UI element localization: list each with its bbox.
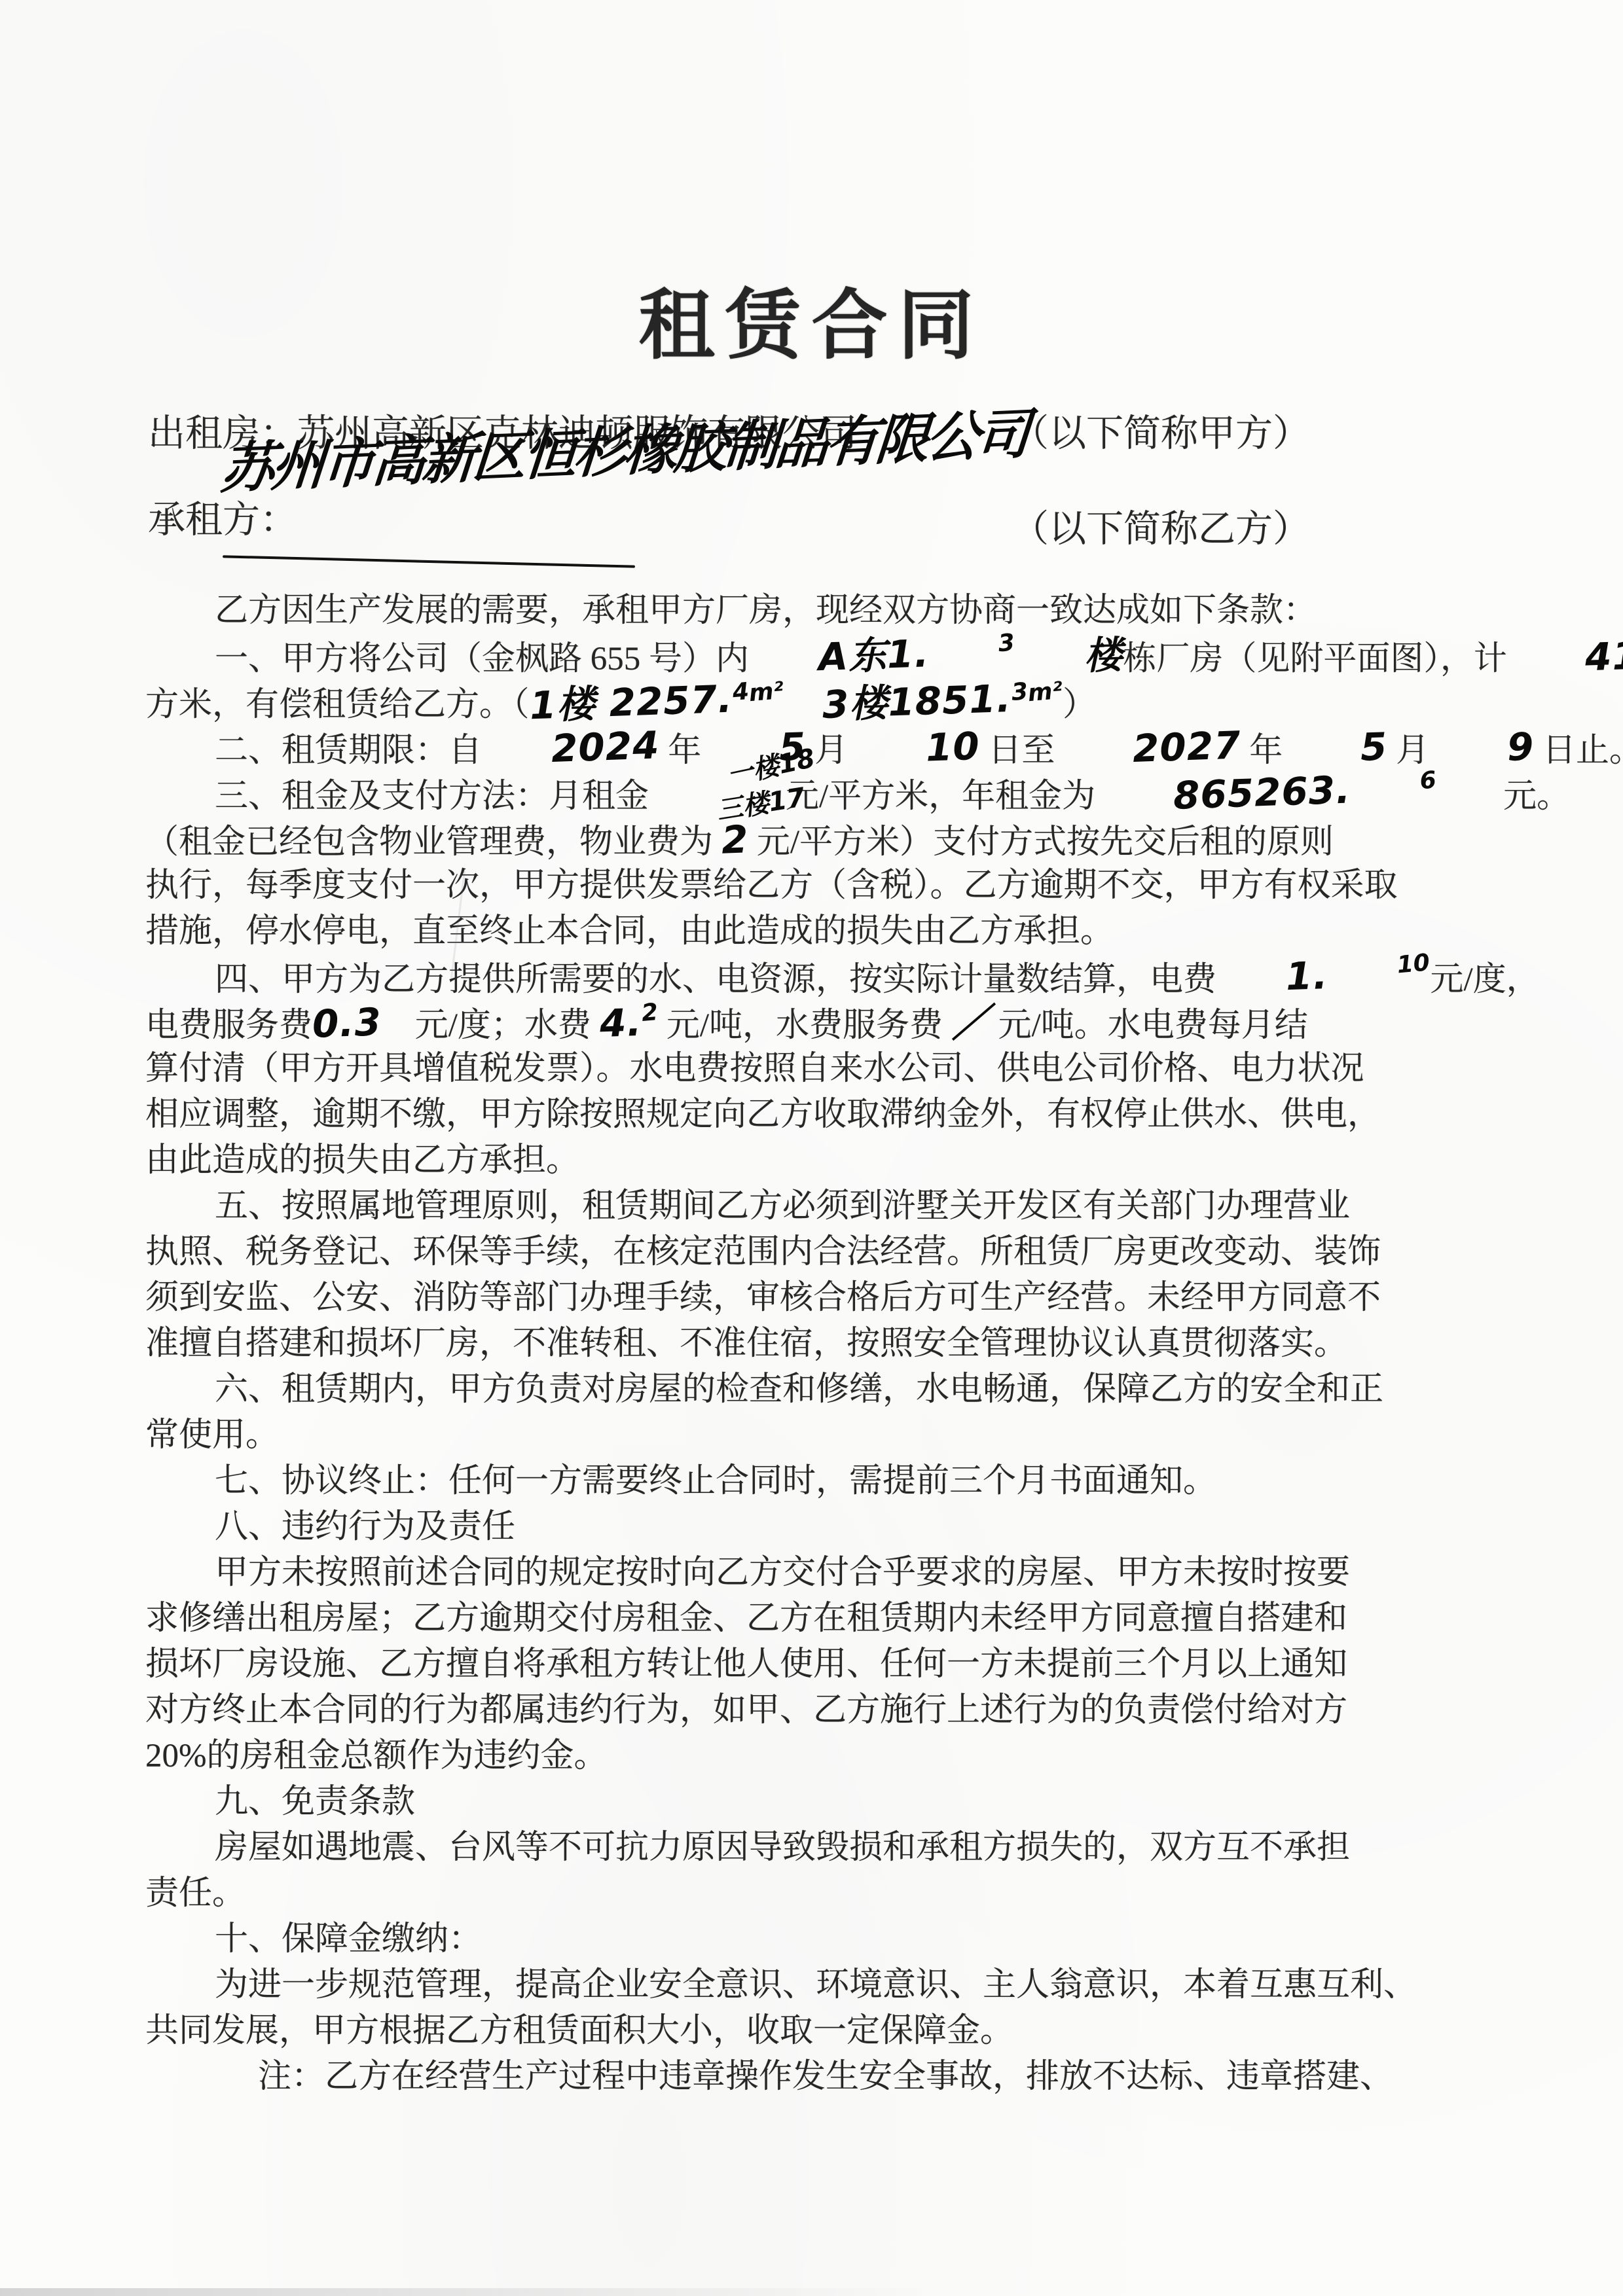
printed-text: 十、保障金缴纳：	[215, 1921, 482, 1958]
handwritten-text: 5	[1290, 723, 1389, 772]
printed-text: 方米，有偿租赁给乙方。（	[145, 687, 530, 723]
printed-text: 电费服务费	[145, 1007, 312, 1044]
handwritten-text: 4108.	[1515, 630, 1623, 683]
handwritten-text: 6	[1351, 780, 1436, 787]
contract-line: （租金已经包含物业管理费，物业费为 2 元/平方米）支付方式按先交后租的原则	[145, 817, 1507, 863]
handwritten-text: 3	[1012, 692, 1028, 693]
printed-text: 七、协议终止：任何一方需要终止合同时，需提前三个月书面通知。	[215, 1463, 1216, 1499]
printed-text: 措施，停水停电，直至终止本合同，由此造成的损失由乙方承担。	[145, 913, 1114, 950]
handwritten-text: 0.3	[312, 999, 382, 1047]
printed-text: 元/平方米）支付方式按先交后租的原则	[748, 824, 1334, 861]
handwritten-text: 9	[1437, 723, 1535, 772]
scanned-contract-page: 租赁合同 出租房：苏州高新区克林迪顿服饰有限公司 （以下简称甲方） 承租方： 苏…	[0, 0, 1623, 2296]
contract-line: 九、免责条款	[145, 1779, 1507, 1825]
printed-text: 须到安监、公安、消防等部门办理手续，审核合格后方可生产经营。未经甲方同意不	[145, 1280, 1381, 1316]
contract-line: 常使用。	[145, 1412, 1507, 1458]
printed-text: 一、甲方将公司（金枫路 655 号）内	[215, 641, 749, 677]
contract-line: 对方终止本合同的行为都属违约行为，如甲、乙方施行上述行为的负责偿付给对方	[145, 1687, 1507, 1733]
contract-line: 执照、税务登记、环保等手续，在核定范围内合法经营。所租赁厂房更改变动、装饰	[145, 1229, 1507, 1275]
handwritten-text: 4.	[598, 999, 642, 1047]
contract-line: 相应调整，逾期不缴，甲方除按照规定向乙方收取滞纳金外，有权停止供水、供电，	[145, 1092, 1507, 1138]
printed-text: 共同发展，甲方根据乙方租赁面积大小，收取一定保障金。	[145, 2013, 1013, 2049]
printed-text: 九、免责条款	[215, 1784, 415, 1820]
page-title: 租赁合同	[0, 264, 1623, 374]
scan-artifact-bottom-edge	[0, 2288, 941, 2296]
printed-text: 八、违约行为及责任	[215, 1509, 515, 1545]
handwritten-text: 4	[733, 692, 749, 693]
printed-text: 四、甲方为乙方提供所需要的水、电资源，按实际计量数结算，电费	[215, 961, 1216, 998]
printed-text: 五、按照属地管理原则，租赁期间乙方必须到浒墅关开发区有关部门办理营业	[215, 1188, 1350, 1225]
contract-line: 须到安监、公安、消防等部门办理手续，审核合格后方可生产经营。未经甲方同意不	[145, 1275, 1507, 1321]
printed-text: 元/吨。水电费每月结	[990, 1007, 1308, 1044]
handwritten-text: 2027	[1063, 722, 1242, 774]
printed-text: 年	[659, 732, 710, 769]
printed-text: 注：乙方在经营生产过程中违章操作发生安全事故，排放不达标、违章搭建、	[258, 2058, 1393, 2095]
handwritten-text: 1.	[1216, 952, 1329, 1002]
handwritten-text: 3	[930, 643, 1015, 650]
contract-line: 四、甲方为乙方提供所需要的水、电资源，按实际计量数结算，电费1.10元/度，	[145, 954, 1507, 1000]
contract-line: 一、甲方将公司（金枫路 655 号）内A东1.3楼栋厂房（见附平面图），计 41…	[145, 634, 1507, 679]
printed-text: 六、租赁期内，甲方负责对房屋的检查和修缮，水电畅通，保障乙方的安全和正	[215, 1371, 1383, 1408]
printed-text: 月	[1387, 732, 1438, 769]
contract-line: 损坏厂房设施、乙方擅自将承租方转让他人使用、任何一方未提前三个月以上通知	[145, 1641, 1507, 1687]
printed-text: 元/度；水费	[382, 1007, 600, 1044]
handwritten-stacked-value: 一楼18三楼17	[649, 783, 752, 810]
printed-text: 二、租赁期限：自	[215, 732, 482, 769]
contract-line: 责任。	[145, 1871, 1507, 1916]
contract-line: 注：乙方在经营生产过程中违章操作发生安全事故，排放不达标、违章搭建、	[145, 2054, 1507, 2100]
contract-line: 方米，有偿租赁给乙方。（1楼 2257.4m² 3楼1851.3m²）	[145, 679, 1507, 725]
contract-line: 三、租金及支付方法：月租金一楼18三楼17 元/平方米，年租金为 865263.…	[145, 771, 1507, 817]
handwritten-text: 1楼 2257.	[528, 676, 733, 729]
printed-text: 房屋如遇地震、台风等不可抗力原因导致毁损和承租方损失的，双方互不承担	[215, 1829, 1350, 1866]
printed-text: 年	[1241, 732, 1292, 769]
printed-text: 20%的房租金总额作为违约金。	[145, 1738, 608, 1774]
printed-text: 元/度，	[1431, 961, 1540, 998]
printed-text: 甲方未按照前述合同的规定按时向乙方交付合乎要求的房屋、甲方未按时按要	[215, 1554, 1350, 1591]
handwritten-text: ／	[951, 999, 991, 1047]
contract-line: 五、按照属地管理原则，租赁期间乙方必须到浒墅关开发区有关部门办理营业	[145, 1183, 1507, 1229]
printed-text: 准擅自搭建和损坏厂房，不准转租、不准住宿，按照安全管理协议认真贯彻落实。	[145, 1325, 1347, 1362]
contract-line: 为进一步规范管理，提高企业安全意识、环境意识、主人翁意识，本着互惠互利、	[145, 1962, 1507, 2008]
printed-text: 求修缮出租房屋；乙方逾期交付房租金、乙方在租赁期内未经甲方同意擅自搭建和	[145, 1600, 1347, 1637]
lessee-label: 承租方：	[148, 499, 297, 541]
printed-text: （租金已经包含物业管理费，物业费为	[145, 824, 721, 861]
contract-line: 六、租赁期内，甲方负责对房屋的检查和修缮，水电畅通，保障乙方的安全和正	[145, 1367, 1507, 1412]
printed-text: 三、租金及支付方法：月租金	[215, 778, 649, 815]
contract-line: 十、保障金缴纳：	[145, 1916, 1507, 1962]
contract-line: 执行，每季度支付一次，甲方提供发票给乙方（含税）。乙方逾期不交，甲方有权采取	[145, 863, 1507, 908]
printed-text: 对方终止本合同的行为都属违约行为，如甲、乙方施行上述行为的负责偿付给对方	[145, 1692, 1347, 1729]
handwritten-text: 10	[856, 723, 981, 774]
printed-text: 日至	[980, 732, 1064, 769]
contract-line: 措施，停水停电，直至终止本合同，由此造成的损失由乙方承担。	[145, 908, 1507, 954]
lessor-alias: （以下简称甲方）	[1012, 403, 1310, 457]
contract-line: 准擅自搭建和损坏厂房，不准转租、不准住宿，按照安全管理协议认真贯彻落实。	[145, 1321, 1507, 1367]
printed-text: 执行，每季度支付一次，甲方提供发票给乙方（含税）。乙方逾期不交，甲方有权采取	[145, 867, 1398, 904]
handwritten-text: m²	[749, 691, 784, 694]
pen-flourish-stroke	[223, 555, 635, 567]
contract-line: 七、协议终止：任何一方需要终止合同时，需提前三个月书面通知。	[145, 1458, 1507, 1504]
handwritten-text: 865263.	[1103, 766, 1351, 821]
contract-line: 算付清（甲方开具增值税发票）。水电费按照自来水公司、供电公司价格、电力状况	[145, 1046, 1507, 1092]
printed-text: 损坏厂房设施、乙方擅自将承租方转让他人使用、任何一方未提前三个月以上通知	[145, 1646, 1347, 1683]
lessee-alias: （以下简称乙方）	[1012, 499, 1310, 552]
contract-body: 乙方因生产发展的需要，承租甲方厂房，现经双方协商一致达成如下条款：一、甲方将公司…	[145, 588, 1507, 2100]
handwritten-text: 2024	[481, 722, 661, 774]
contract-line: 二、租赁期限：自2024 年 5 月 10 日至 2027 年 5 月 9 日止…	[145, 725, 1507, 771]
printed-text: 执照、税务登记、环保等手续，在核定范围内合法经营。所租赁厂房更改变动、装饰	[145, 1234, 1381, 1270]
printed-text: 相应调整，逾期不缴，甲方除按照规定向乙方收取滞纳金外，有权停止供水、供电，	[145, 1096, 1381, 1133]
printed-text: 责任。	[145, 1875, 246, 1912]
contract-line: 求修缮出租房屋；乙方逾期交付房租金、乙方在租赁期内未经甲方同意擅自搭建和	[145, 1596, 1507, 1641]
contract-line: 甲方未按照前述合同的规定按时向乙方交付合乎要求的房屋、甲方未按时按要	[145, 1550, 1507, 1596]
contract-line: 电费服务费0.3 元/度；水费 4.2 元/吨，水费服务费 ／ 元/吨。水电费每…	[145, 1000, 1507, 1046]
contract-line: 房屋如遇地震、台风等不可抗力原因导致毁损和承租方损失的，双方互不承担	[145, 1825, 1507, 1871]
printed-text: 为进一步规范管理，提高企业安全意识、环境意识、主人翁意识，本着互惠互利、	[215, 1967, 1417, 2003]
printed-text: 元。	[1436, 778, 1570, 815]
handwritten-text: m²	[1028, 691, 1063, 694]
handwritten-text: 2	[642, 1013, 658, 1014]
contract-line: 八、违约行为及责任	[145, 1504, 1507, 1550]
printed-text: 算付清（甲方开具增值税发票）。水电费按照自来水公司、供电公司价格、电力状况	[145, 1050, 1364, 1087]
printed-text: 元/吨，水费服务费	[658, 1007, 951, 1044]
printed-text: 日止。	[1534, 732, 1623, 769]
printed-text: 乙方因生产发展的需要，承租甲方厂房，现经双方协商一致达成如下条款：	[215, 592, 1317, 629]
handwritten-text: 2	[721, 816, 750, 863]
printed-text: ）	[1063, 687, 1096, 723]
contract-line: 共同发展，甲方根据乙方租赁面积大小，收取一定保障金。	[145, 2008, 1507, 2054]
printed-text: 由此造成的损失由乙方承担。	[145, 1142, 579, 1179]
printed-text: 常使用。	[145, 1417, 279, 1454]
handwritten-text: 3楼1851.	[783, 675, 1012, 729]
handwritten-text: 10	[1328, 963, 1431, 972]
contract-line: 乙方因生产发展的需要，承租甲方厂房，现经双方协商一致达成如下条款：	[145, 588, 1507, 634]
contract-line: 由此造成的损失由乙方承担。	[145, 1138, 1507, 1183]
handwritten-text: A东1.	[748, 630, 930, 683]
contract-line: 20%的房租金总额作为违约金。	[145, 1733, 1507, 1779]
handwritten-text: 楼	[1014, 632, 1123, 681]
printed-text: 栋厂房（见附平面图），计	[1123, 641, 1515, 677]
